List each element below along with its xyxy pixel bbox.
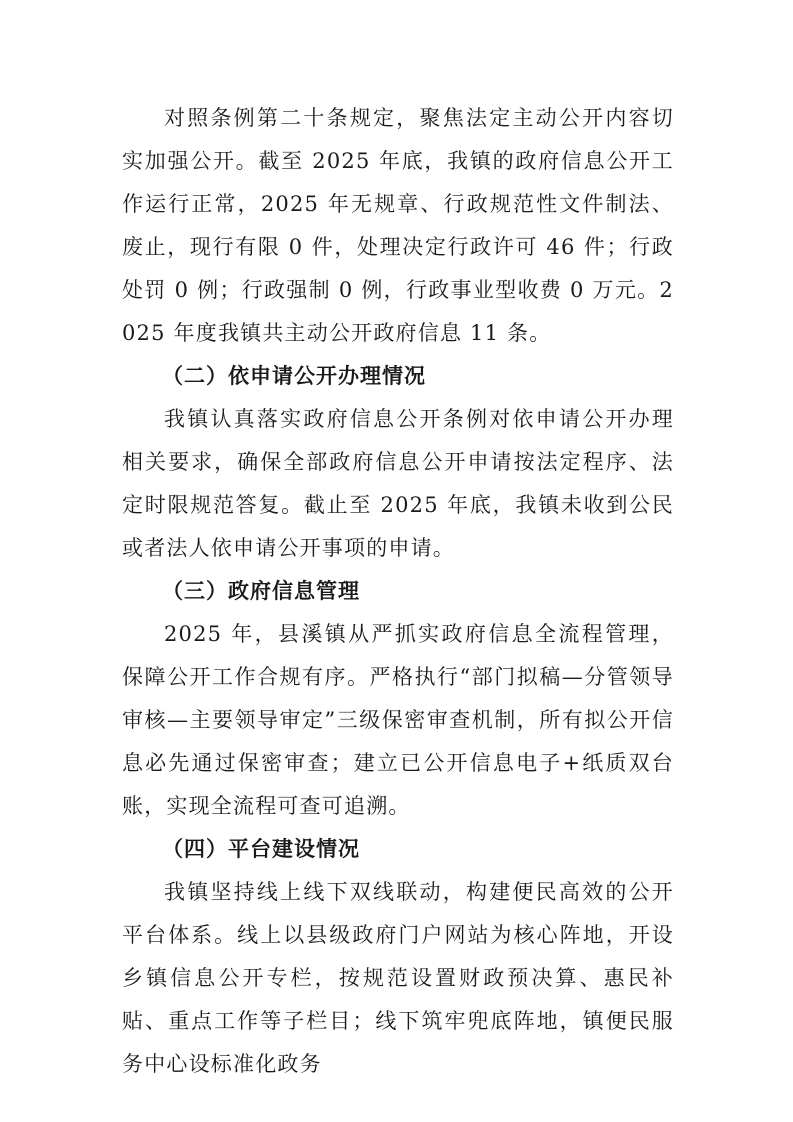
heading-platform-construction: （四）平台建设情况: [122, 828, 674, 871]
heading-information-management: （三）政府信息管理: [122, 570, 674, 613]
paragraph-information-management: 2025 年，县溪镇从严抓实政府信息全流程管理，保障公开工作合规有序。严格执行“…: [122, 613, 674, 828]
document-page: 对照条例第二十条规定，聚焦法定主动公开内容切实加强公开。截至 2025 年底，我…: [122, 97, 674, 1086]
paragraph-proactive-disclosure: 对照条例第二十条规定，聚焦法定主动公开内容切实加强公开。截至 2025 年底，我…: [122, 97, 674, 355]
paragraph-platform-construction: 我镇坚持线上线下双线联动，构建便民高效的公开平台体系。线上以县级政府门户网站为核…: [122, 871, 674, 1086]
paragraph-application-disclosure: 我镇认真落实政府信息公开条例对依申请公开办理相关要求，确保全部政府信息公开申请按…: [122, 398, 674, 570]
heading-application-disclosure: （二）依申请公开办理情况: [122, 355, 674, 398]
